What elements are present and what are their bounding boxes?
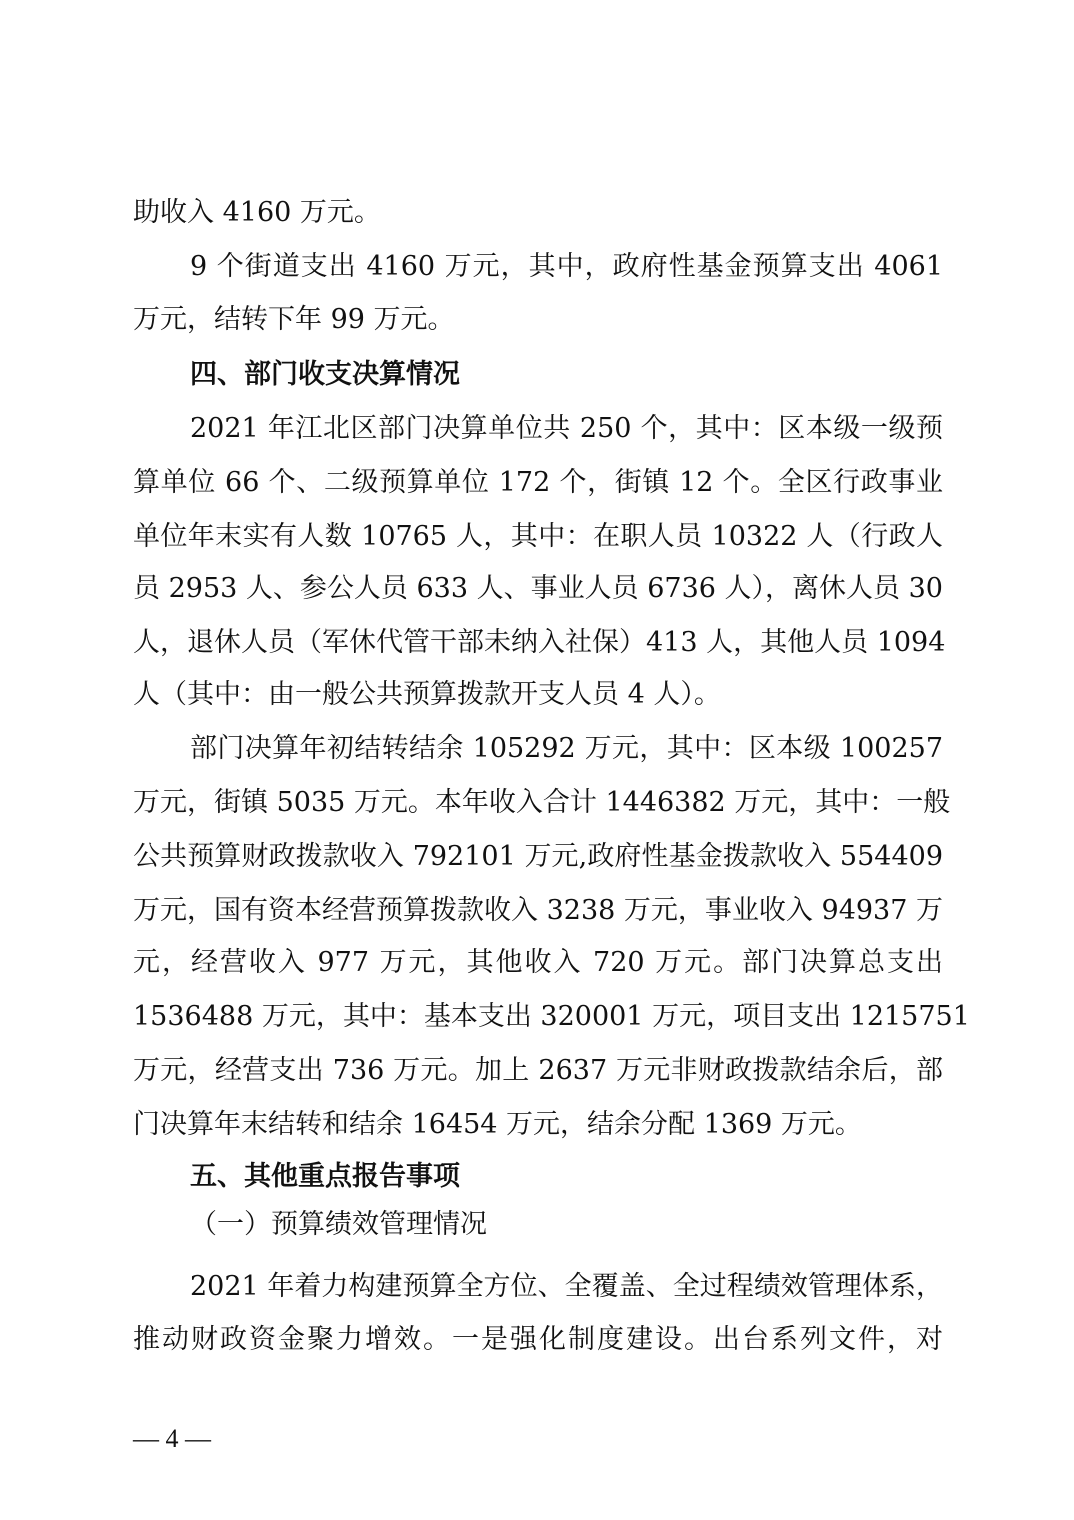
text-line: 算单位 66 个、二级预算单位 172 个，街镇 12 个。全区行政事业 [133,466,943,500]
page-number: — 4 — [133,1424,211,1454]
text-line: 门决算年末结转和结余 16454 万元，结余分配 1369 万元。 [133,1108,943,1142]
text-line: 部门决算年初结转结余 105292 万元，其中：区本级 100257 [190,732,943,766]
text-line: 推动财政资金聚力增效。一是强化制度建设。出台系列文件，对 [133,1323,943,1357]
text-line: 2021 年江北区部门决算单位共 250 个，其中：区本级一级预 [190,412,943,446]
subsection-heading: （一）预算绩效管理情况 [190,1208,943,1242]
text-line: 公共预算财政拨款收入 792101 万元,政府性基金拨款收入 554409 [133,840,943,874]
text-line: 助收入 4160 万元。 [133,196,943,230]
text-line: 单位年末实有人数 10765 人，其中：在职人员 10322 人（行政人 [133,520,943,554]
text-line: 万元，经营支出 736 万元。加上 2637 万元非财政拨款结余后，部 [133,1054,943,1088]
text-line: 员 2953 人、参公人员 633 人、事业人员 6736 人），离休人员 30 [133,572,943,606]
section-heading: 五、其他重点报告事项 [190,1160,943,1194]
text-line: 元，经营收入 977 万元，其他收入 720 万元。部门决算总支出 [133,946,943,980]
text-line: 人（其中：由一般公共预算拨款开支人员 4 人）。 [133,678,943,712]
text-line: 万元，国有资本经营预算拨款收入 3238 万元，事业收入 94937 万 [133,894,943,928]
text-line: 2021 年着力构建预算全方位、全覆盖、全过程绩效管理体系， [190,1270,943,1304]
section-heading: 四、部门收支决算情况 [190,358,943,392]
text-line: 9 个街道支出 4160 万元，其中，政府性基金预算支出 4061 [190,250,943,284]
text-line: 万元，结转下年 99 万元。 [133,303,943,337]
text-line: 万元，街镇 5035 万元。本年收入合计 1446382 万元，其中：一般 [133,786,943,820]
text-line: 人，退休人员（军休代管干部未纳入社保）413 人，其他人员 1094 [133,626,943,660]
text-line: 1536488 万元，其中：基本支出 320001 万元，项目支出 121575… [133,1000,943,1034]
